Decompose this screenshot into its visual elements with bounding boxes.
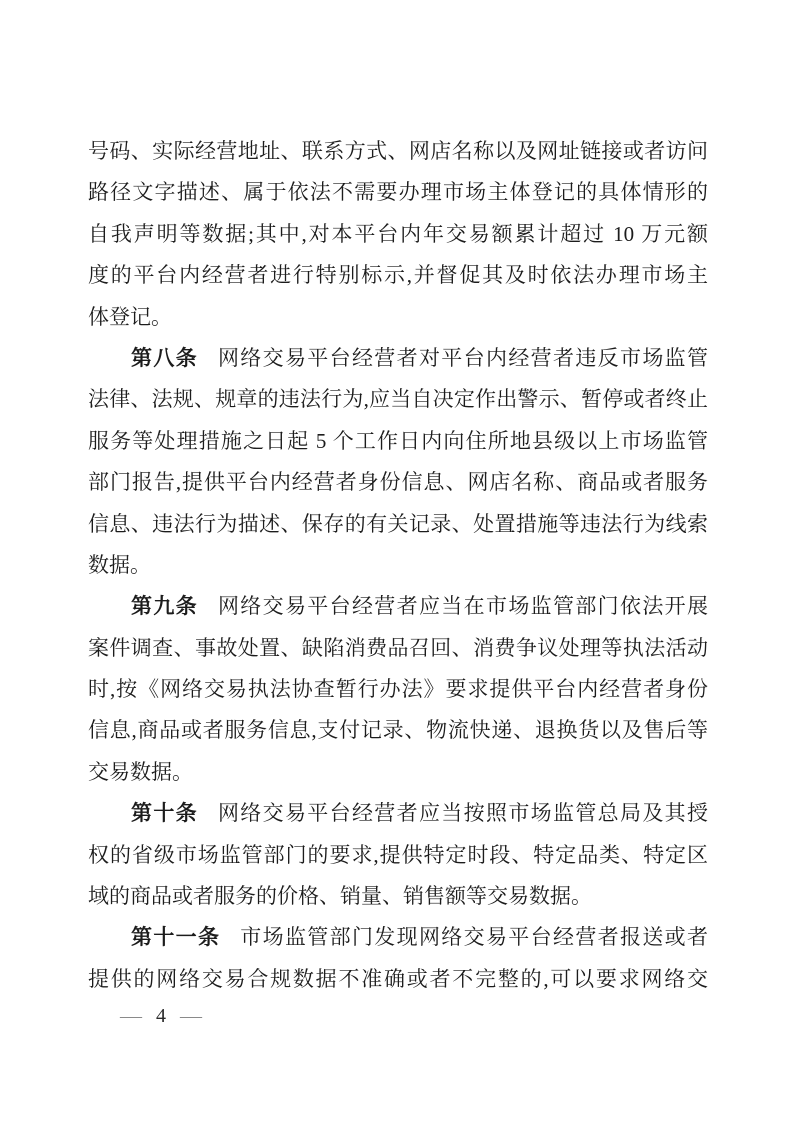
text-line: 提供的网络交易合规数据不准确或者不完整的,可以要求网络交 bbox=[88, 959, 708, 1000]
text-line: 第八条网络交易平台经营者对平台内经营者违反市场监管 bbox=[88, 338, 708, 379]
text-line: 服务等处理措施之日起 5 个工作日内向住所地县级以上市场监管 bbox=[88, 421, 708, 462]
text-line: 法律、法规、规章的违法行为,应当自决定作出警示、暂停或者终止 bbox=[88, 379, 708, 420]
article-number: 第十一条 bbox=[131, 925, 220, 949]
text-line: 时,按《网络交易执法协查暂行办法》要求提供平台内经营者身份 bbox=[88, 669, 708, 710]
text-line: 数据。 bbox=[88, 545, 708, 586]
text-line: 信息,商品或者服务信息,支付记录、物流快递、退换货以及售后等 bbox=[88, 710, 708, 751]
text-line: 交易数据。 bbox=[88, 752, 708, 793]
text-line: 路径文字描述、属于依法不需要办理市场主体登记的具体情形的 bbox=[88, 172, 708, 213]
text-line: 第十条网络交易平台经营者应当按照市场监管总局及其授 bbox=[88, 793, 708, 834]
text-line: 案件调查、事故处置、缺陷消费品召回、消费争议处理等执法活动 bbox=[88, 628, 708, 669]
text-line: 体登记。 bbox=[88, 297, 708, 338]
footer-dash-left: — bbox=[120, 1001, 142, 1031]
article-text: 网络交易平台经营者应当按照市场监管总局及其授 bbox=[218, 801, 708, 825]
footer-dash-right: — bbox=[180, 1001, 202, 1031]
text-line: 度的平台内经营者进行特别标示,并督促其及时依法办理市场主 bbox=[88, 255, 708, 296]
document-page: 号码、实际经营地址、联系方式、网店名称以及网址链接或者访问路径文字描述、属于依法… bbox=[0, 0, 800, 1131]
text-line: 域的商品或者服务的价格、销量、销售额等交易数据。 bbox=[88, 876, 708, 917]
article-text: 网络交易平台经营者对平台内经营者违反市场监管 bbox=[218, 346, 708, 370]
page-number: 4 bbox=[156, 1001, 166, 1031]
article-number: 第十条 bbox=[131, 801, 198, 825]
page-footer: — 4 — bbox=[121, 1001, 201, 1031]
article-number: 第九条 bbox=[131, 594, 198, 618]
document-body: 号码、实际经营地址、联系方式、网店名称以及网址链接或者访问路径文字描述、属于依法… bbox=[88, 131, 708, 1000]
text-line: 号码、实际经营地址、联系方式、网店名称以及网址链接或者访问 bbox=[88, 131, 708, 172]
text-line: 自我声明等数据;其中,对本平台内年交易额累计超过 10 万元额 bbox=[88, 214, 708, 255]
text-line: 信息、违法行为描述、保存的有关记录、处置措施等违法行为线索 bbox=[88, 504, 708, 545]
text-line: 部门报告,提供平台内经营者身份信息、网店名称、商品或者服务 bbox=[88, 462, 708, 503]
article-text: 市场监管部门发现网络交易平台经营者报送或者 bbox=[240, 925, 708, 949]
text-line: 第九条网络交易平台经营者应当在市场监管部门依法开展 bbox=[88, 586, 708, 627]
text-line: 第十一条市场监管部门发现网络交易平台经营者报送或者 bbox=[88, 917, 708, 958]
article-text: 网络交易平台经营者应当在市场监管部门依法开展 bbox=[218, 594, 708, 618]
article-number: 第八条 bbox=[131, 346, 198, 370]
text-line: 权的省级市场监管部门的要求,提供特定时段、特定品类、特定区 bbox=[88, 835, 708, 876]
